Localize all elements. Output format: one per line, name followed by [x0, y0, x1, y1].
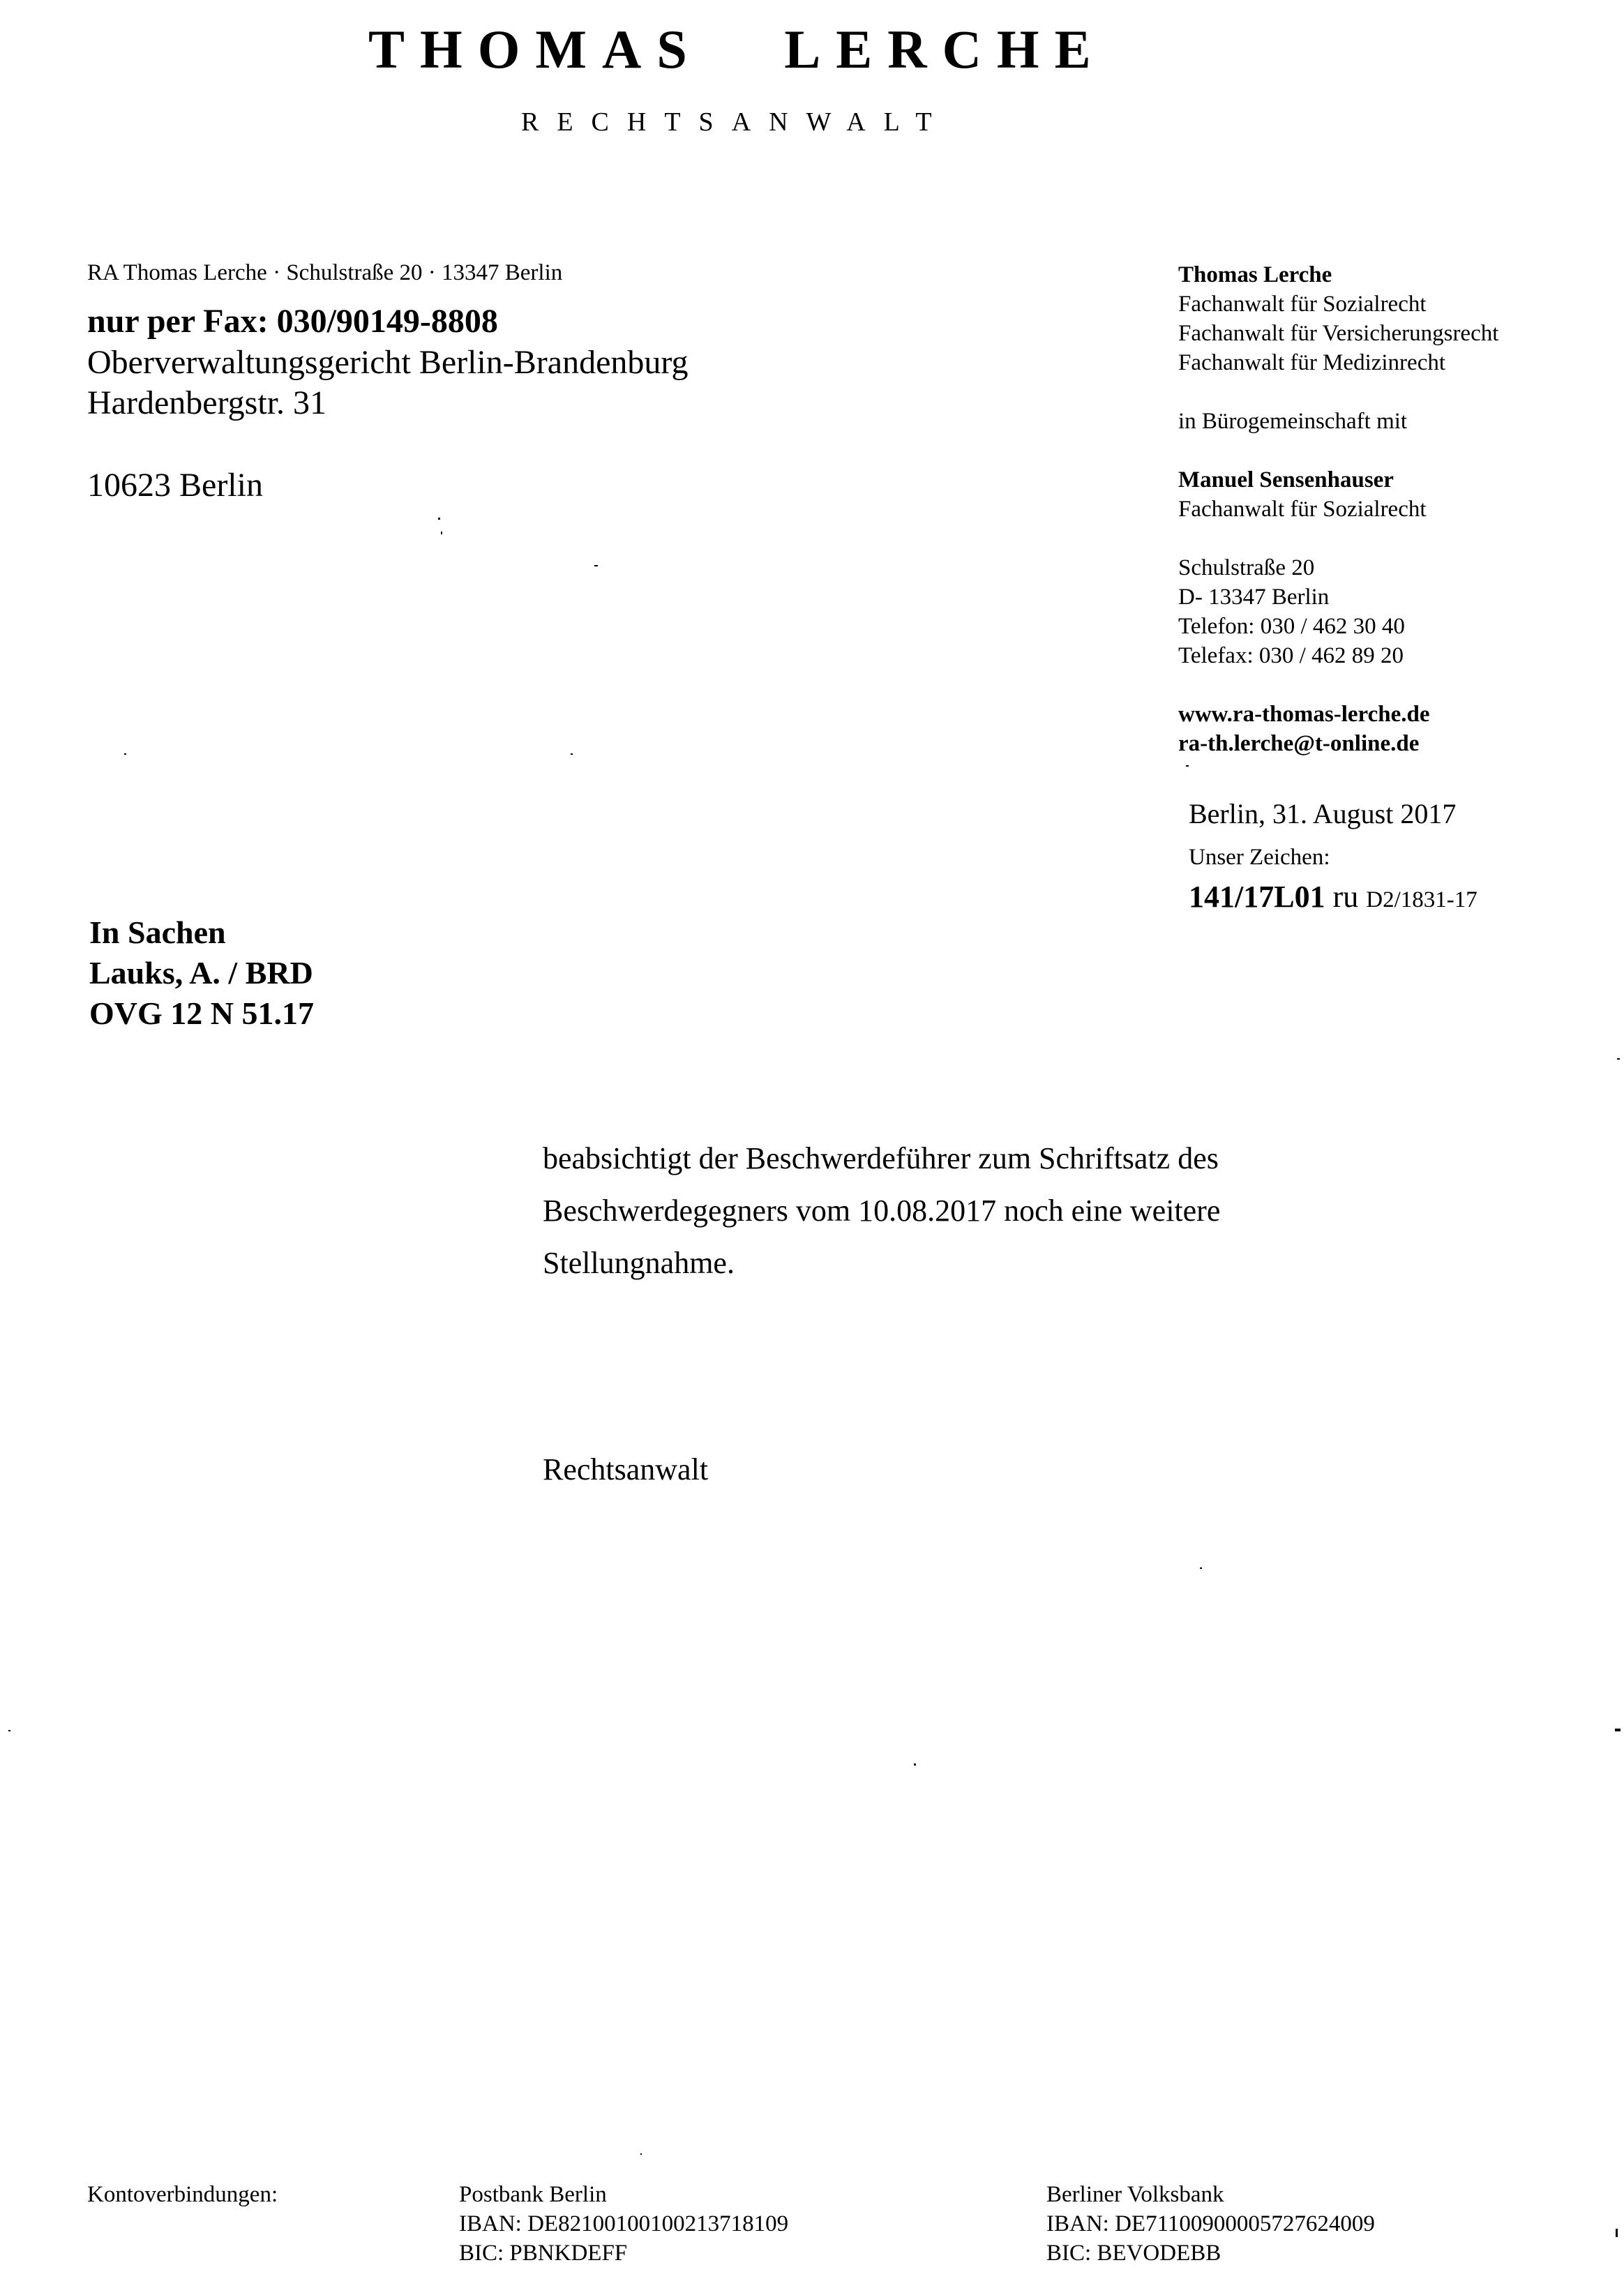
- reference-label: Unser Zeichen:: [1189, 846, 1330, 869]
- bank-name: Berliner Volksbank: [1046, 2180, 1375, 2209]
- recipient-street: Hardenbergstr. 31: [87, 386, 326, 420]
- spacer: [1178, 436, 1498, 465]
- scan-speck: [1616, 2229, 1618, 2237]
- scan-speck: [594, 565, 598, 566]
- scan-speck: [1615, 1729, 1621, 1731]
- bank-iban: IBAN: DE71100900005727624009: [1046, 2209, 1375, 2238]
- scan-speck: [914, 1763, 916, 1766]
- scan-speck: [571, 753, 573, 755]
- scan-speck: [1617, 1058, 1620, 1060]
- firm-street: Schulstraße 20: [1178, 553, 1498, 582]
- scan-speck: [124, 753, 126, 755]
- reference-initials: ru: [1333, 880, 1359, 914]
- firm-info-column: Thomas Lerche Fachanwalt für Sozialrecht…: [1178, 260, 1498, 758]
- sender-return-address: RA Thomas Lerche · Schulstraße 20 · 1334…: [87, 262, 562, 285]
- scan-speck: [1200, 1567, 1202, 1569]
- case-file-number: OVG 12 N 51.17: [89, 993, 314, 1034]
- body-line: Stellungnahme.: [543, 1237, 1220, 1289]
- firm-website: www.ra-thomas-lerche.de: [1178, 700, 1498, 729]
- fax-notice: nur per Fax: 030/90149-8808: [87, 305, 498, 338]
- letterhead-profession: RECHTSANWALT: [521, 109, 950, 135]
- scan-speck: [1186, 765, 1189, 767]
- spacer: [1178, 524, 1498, 553]
- case-parties: Lauks, A. / BRD: [89, 953, 314, 993]
- lawyer-1-name: Thomas Lerche: [1178, 260, 1498, 289]
- case-subject: In Sachen Lauks, A. / BRD OVG 12 N 51.17: [89, 912, 314, 1034]
- partnership-note: in Bürogemeinschaft mit: [1178, 407, 1498, 436]
- scan-speck: [640, 2153, 642, 2155]
- firm-city: D- 13347 Berlin: [1178, 582, 1498, 612]
- body-line: beabsichtigt der Beschwerdeführer zum Sc…: [543, 1132, 1220, 1184]
- signature-title: Rechtsanwalt: [543, 1454, 708, 1485]
- reference-number: 141/17L01 ru D2/1831-17: [1189, 882, 1478, 915]
- body-line: Beschwerdegegners vom 10.08.2017 noch ei…: [543, 1184, 1220, 1237]
- lawyer-1-title: Fachanwalt für Sozialrecht: [1178, 289, 1498, 319]
- spacer: [1178, 377, 1498, 407]
- letter-date: Berlin, 31. August 2017: [1189, 800, 1456, 828]
- bank-bic: BIC: BEVODEBB: [1046, 2238, 1375, 2268]
- bank-volksbank: Berliner Volksbank IBAN: DE7110090000572…: [1046, 2180, 1375, 2268]
- letterhead-name: THOMAS LERCHE: [368, 22, 1106, 77]
- lawyer-2-name: Manuel Sensenhauser: [1178, 465, 1498, 495]
- bank-accounts-label: Kontoverbindungen:: [87, 2180, 278, 2209]
- letter-body: beabsichtigt der Beschwerdeführer zum Sc…: [543, 1132, 1220, 1289]
- bank-name: Postbank Berlin: [459, 2180, 788, 2209]
- reference-main-number: 141/17L01: [1189, 880, 1325, 914]
- lawyer-1-title: Fachanwalt für Medizinrecht: [1178, 348, 1498, 377]
- reference-sub-number: D2/1831-17: [1366, 887, 1478, 912]
- firm-email: ra-th.lerche@t-online.de: [1178, 729, 1498, 758]
- bank-postbank: Postbank Berlin IBAN: DE8210010010021371…: [459, 2180, 788, 2268]
- scan-speck: [8, 1730, 10, 1731]
- scan-speck: [441, 532, 442, 534]
- case-line: In Sachen: [89, 912, 314, 953]
- spacer: [1178, 670, 1498, 700]
- recipient-name: Oberverwaltungsgericht Berlin-Brandenbur…: [87, 346, 689, 379]
- recipient-city: 10623 Berlin: [87, 469, 263, 502]
- bank-bic: BIC: PBNKDEFF: [459, 2238, 788, 2268]
- scan-speck: [438, 518, 440, 520]
- bank-iban: IBAN: DE82100100100213718109: [459, 2209, 788, 2238]
- lawyer-1-title: Fachanwalt für Versicherungsrecht: [1178, 319, 1498, 348]
- lawyer-2-title: Fachanwalt für Sozialrecht: [1178, 495, 1498, 524]
- firm-phone: Telefon: 030 / 462 30 40: [1178, 612, 1498, 641]
- firm-fax: Telefax: 030 / 462 89 20: [1178, 641, 1498, 670]
